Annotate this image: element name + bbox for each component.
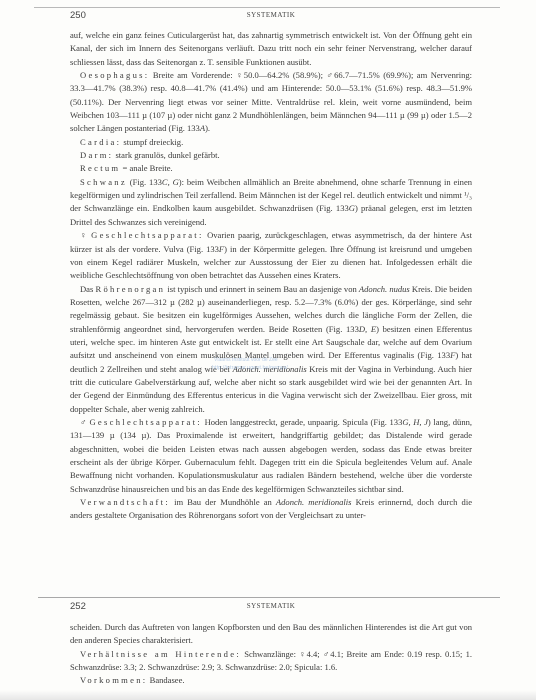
paragraph: Verhältnisse am Hinterende: Schwanzlänge… — [70, 648, 472, 675]
paragraph: Schwanz (Fig. 133C, G): beim Weibchen al… — [70, 176, 472, 229]
italic-text: Adonch. nudus — [359, 284, 410, 294]
section-heading: Röhrenorgan — [95, 284, 165, 294]
header-rule-bottom — [38, 597, 500, 598]
italic-text: Adonch. meridionalis — [276, 497, 352, 507]
paragraph: Verwandtschaft: im Bau der Mundhöhle an … — [70, 496, 472, 523]
watermark-url: http://intramar.ugent.be/nemys/ — [212, 365, 288, 371]
paragraph: auf, welche ein ganz feines Cuticularger… — [70, 29, 472, 69]
text-run: im Bau der Mundhöhle an — [170, 497, 276, 507]
text-run: Bandasee. — [147, 675, 184, 685]
italic-text: D, E — [359, 324, 376, 334]
section-heading: Oesophagus: — [80, 70, 149, 80]
text-run: ). — [205, 123, 210, 133]
text-run: ♀ — [80, 230, 91, 240]
paragraph: Darm: stark granulös, dunkel gefärbt. — [70, 149, 472, 162]
section-heading: Cardia: — [80, 137, 121, 147]
section-heading: Rectum — [80, 163, 120, 173]
page-body-252: scheiden. Durch das Auftreten von langen… — [70, 621, 472, 688]
watermark-logo-text: Vlaams Instituut voor de Zee — [214, 357, 278, 363]
paragraph: ♂ Geschlechtsapparat: Hoden langgestreck… — [70, 416, 472, 496]
text-run: Das — [80, 284, 95, 294]
text-run: scheiden. Durch das Auftreten von langen… — [70, 622, 472, 645]
italic-text: G, H, J — [402, 417, 428, 427]
page-body-250: auf, welche ein ganz feines Cuticularger… — [70, 29, 472, 523]
text-run: stumpf dreieckig. — [121, 137, 183, 147]
text-run: = anale Breite. — [120, 163, 172, 173]
text-run: Hoden langgestreckt, gerade, unpaarig. S… — [202, 417, 402, 427]
section-heading: Geschlechtsapparat: — [89, 417, 202, 427]
text-run: ) lang, dünn, 131—139 µ (134 µ). Das Pro… — [70, 417, 472, 494]
header-rule-top — [34, 7, 500, 8]
italic-text: C, G — [162, 177, 179, 187]
running-head: SYSTEMATIK — [70, 11, 472, 19]
text-run: ist typisch und erinnert in seinem Bau a… — [165, 284, 359, 294]
paragraph: scheiden. Durch das Auftreten von langen… — [70, 621, 472, 648]
section-heading: Verwandtschaft: — [80, 497, 170, 507]
paragraph: Rectum = anale Breite. — [70, 162, 472, 175]
section-heading: Geschlechtsapparat: — [91, 230, 204, 240]
section-heading: Vorkommen: — [80, 675, 147, 685]
scan-edge — [0, 690, 536, 700]
text-run: auf, welche ein ganz feines Cuticularger… — [70, 30, 472, 67]
paragraph: Das Röhrenorgan ist typisch und erinnert… — [70, 283, 472, 416]
text-run: stark granulös, dunkel gefärbt. — [113, 150, 219, 160]
paragraph: Cardia: stumpf dreieckig. — [70, 136, 472, 149]
running-head: SYSTEMATIK — [70, 602, 472, 610]
paragraph: Vorkommen: Bandasee. — [70, 674, 472, 687]
paragraph: ♀ Geschlechtsapparat: Ovarien paarig, zu… — [70, 229, 472, 282]
text-run: (Fig. 133 — [127, 177, 162, 187]
section-heading: Schwanz — [80, 177, 127, 187]
section-heading: Darm: — [80, 150, 113, 160]
paragraph: Oesophagus: Breite am Vorderende: ♀50.0—… — [70, 69, 472, 136]
section-heading: Verhältnisse am Hinterende: — [80, 649, 241, 659]
